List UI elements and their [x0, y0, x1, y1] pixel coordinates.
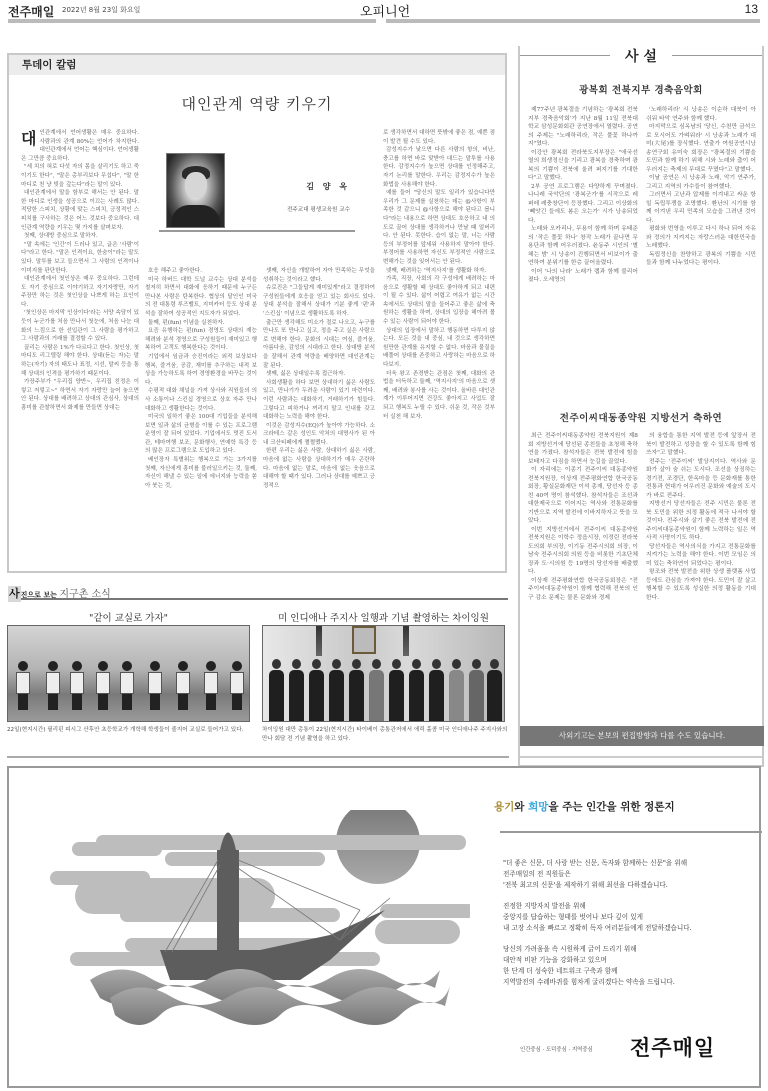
- paragraph: 사회생활을 하다 보면 상대하기 싫은 사람도 있고, 만나기가 두려운 사람이…: [263, 379, 375, 422]
- ad-line: 전주매일의 전 직원들은: [503, 869, 687, 880]
- photo-figure: [289, 659, 304, 721]
- photo-figure: [449, 659, 464, 721]
- paragraph: 지방선거 당선자들은 전주 시민은 물론 전북 도민을 위한 의정 활동에 적극…: [646, 500, 756, 543]
- ad-line: '전북 최고의 신문'을 제작하기 위해 최선을 다하겠습니다.: [503, 880, 687, 891]
- section-title: 오피니언: [360, 1, 410, 20]
- sailing-ship-illustration: [30, 810, 470, 1040]
- paragraph: 로 생각하면서 대하면 뜻밖에 좋은 점, 예쁜 점이 발견 될 수도 있다.: [383, 129, 495, 146]
- photo-figure: [329, 659, 344, 721]
- column-text-col-3: 셋째, 자신을 개발하여 자아 만족하는 무엇을 성취하는 것이라고 했다. 슈…: [263, 267, 375, 490]
- photo-figure: [120, 661, 134, 713]
- slogan-text: 을 주는 인간을 위한 정론지: [548, 801, 674, 813]
- editorial-headline: 전주이씨대동종약원 지방선거 축하연: [520, 410, 762, 424]
- paragraph: 둘째, 펀(fun) 이념을 실천하자.: [145, 319, 257, 328]
- editorial-col-1: 제77주년 광복절을 기념하는 '광복회 전북지부 경축음악회'가 지난 8월 …: [528, 106, 638, 285]
- paragraph: "세 치의 혀로 다섯 자의 몸을 살리기도 하고 죽이기도 한다", "말은 …: [21, 163, 139, 189]
- photo-figure: [70, 661, 84, 713]
- paragraph: 인관계에서 언어생활은 매우 중요하다. 사람과의 관계 80%는 언어가 차지…: [21, 129, 139, 163]
- editorial-label: 사 설: [520, 46, 762, 66]
- paragraph: 대인관계에서 첫인상은 매우 중요하다. 그런데도 자기 중심으로 이야기하고 …: [21, 275, 139, 309]
- author-photo-face: [185, 172, 207, 198]
- author-title: 전주교대 평생교육원 교수: [245, 205, 350, 213]
- ad-paragraph: 당신의 가려움을 속 시원하게 긁어 드리기 위해 대안적 비판 기능을 강화하…: [503, 944, 675, 988]
- photo-figure: [96, 661, 110, 713]
- paragraph: 2부 공연 프로그램은 다양하게 꾸며졌다. 나니레 국악단의 '광복군가'를 …: [528, 183, 638, 226]
- dropcap: 대: [21, 131, 36, 147]
- photo-figure: [204, 661, 218, 713]
- paragraph: 노래와 오카리나, 무용이 함께 하며 유태준의 '작은 풀꽃 하나' 창작 노…: [528, 225, 638, 268]
- photo-figure: [469, 659, 484, 721]
- photo-figure: [309, 659, 324, 721]
- paragraph: 최근 전주이씨대동종약원 전북지원이 제8회 지방선거에 당선된 종친들을 초청…: [528, 432, 638, 466]
- contribution-notice: 사외기고는 본보의 편집방향과 다를 수도 있습니다.: [520, 726, 764, 746]
- header-cap: 사: [8, 586, 21, 602]
- author-photo-suit: [171, 205, 220, 227]
- masthead-rule: [386, 19, 760, 23]
- newspaper-logo: 전주매일: [630, 1032, 715, 1062]
- slogan-text: 와: [514, 801, 528, 813]
- paragraph: 이날 공연은 시 낭송과 노래, 악기 연주가, 그리고 지역의 가수들이 참여…: [646, 174, 756, 191]
- author-name: 김 양 옥: [245, 181, 350, 192]
- issue-date: 2022년 8월 23일 화요일: [62, 5, 140, 15]
- editorial-box: 사 설 광복회 전북지부 경축음악회 제77주년 광복절을 기념하는 '광복회 …: [518, 46, 764, 767]
- column-text-col-1: 대 인관계에서 언어생활은 매우 중요하다. 사람과의 관계 80%는 언어가 …: [21, 129, 139, 413]
- slogan-highlight: 희망: [528, 801, 548, 813]
- paragraph: 기업에서 임금과 승진이라는 외적 보상보다 행복, 즐거움, 공감, 재미를 …: [145, 353, 257, 387]
- slogan-highlight: 용기: [494, 801, 514, 813]
- ad-line: 당신의 가려움을 속 시원하게 긁어 드리기 위해: [503, 944, 675, 955]
- ad-line: 진정한 지방자치 발전을 위해: [503, 901, 692, 912]
- page-number: 13: [745, 2, 758, 16]
- paragraph: 이 자리에는 이종기 전주이씨 대동종약원 전북지원장, 이상재 전주평화연합 …: [528, 466, 638, 526]
- photo-figure: [409, 659, 424, 721]
- header-text: 진으로 보는: [21, 591, 60, 599]
- paragraph: 한편 우리는 싫은 사람, 상대하기 싫은 사람, 마음에 없는 사람을 상대하…: [263, 447, 375, 490]
- ad-line: 지역발전의 수레바퀴를 힘차게 굴리겠다는 약속을 드립니다.: [503, 977, 675, 988]
- paragraph: 당선자들은 역사의식을 가지고 전통문화를 지켜가는 노력을 해야 한다. 이번…: [646, 543, 756, 569]
- paragraph: 셋째, 싫은 상대일수록 접근하자.: [263, 370, 375, 379]
- paragraph: 슈로진은 "그들답게 재미있게"라고 결정하여 구성원들에게 호응을 얻고 있는…: [263, 284, 375, 318]
- editorial-headline: 광복회 전북지부 경축음악회: [520, 82, 762, 96]
- photo-figure: [349, 659, 364, 721]
- photo-caption: 22일(현지시간) 필리핀 피시그 산후안 초등학교가 개학해 학생들이 줄지어…: [7, 726, 250, 735]
- paragraph: '노래하리라' 시 낭송은 이순하 대북이 아쉬워 타악 연주와 함께 했다.: [646, 106, 756, 123]
- paragraph: 베인장자 특별위는 행복으로 가는 3가지를 첫째, 자신에게 흥미를 불러일으…: [145, 456, 257, 490]
- flag: [403, 626, 409, 656]
- photo-figure: [389, 659, 404, 721]
- paragraph: 가장주부가 "우리집 양반~, 우리집 친정은 이렇고 저렇고~" 하면서 자기…: [21, 378, 139, 412]
- photo-title: 미 인디애나 주지사 일행과 기념 촬영하는 차이잉원: [262, 610, 505, 624]
- photo-figure: [429, 659, 444, 721]
- paragraph: 미국의 일하기 좋은 100대 기업들을 분석해 보면 일과 삶의 균형을 이룰…: [145, 413, 257, 456]
- paragraph: 마지막으로 심옥남의 '당신, 수천만 금석으로 모시어도 가벼워라' 시 낭송…: [646, 123, 756, 174]
- paragraph: 상대의 입장에서 말하고 행동하면 다투지 않는다. 모든 것을 내 중심, 내…: [383, 327, 495, 370]
- divider: [159, 230, 355, 232]
- ad-line: 중앙지를 답습하는 형태를 벗어나 보다 깊이 있게: [503, 912, 692, 923]
- paragraph: 이것은 감성지수(EQ)가 높아야 가능하다. 소크라테스 같은 성인도 악처의…: [263, 422, 375, 448]
- column-title: 대인관계 역량 키우기: [9, 93, 505, 114]
- paragraph: "말 속에는 '인간'이 드러나 있고, 글은 '사람'이다"라고 한다. "말…: [21, 241, 139, 275]
- header-text: 지구촌 소식: [59, 589, 110, 600]
- paragraph: 예를 들어 "당신의 말도 일리가 있습니다만 우리가 그 문제를 실천하는 데…: [383, 189, 495, 266]
- news-photo-students: [7, 625, 250, 722]
- paragraph: 이강안 광복회 전라북도지부장은 "애국선열의 희생정신을 기리고 광복을 경축…: [528, 149, 638, 183]
- masthead-rule: [8, 19, 376, 23]
- photo-figure: [230, 661, 244, 713]
- editorial-col-2: '노래하리라' 시 낭송은 이순하 대북이 아쉬워 타악 연주와 함께 했다. …: [646, 106, 756, 268]
- paragraph: '첫인상은 마지막 인상이다'라는 서양 속담이 있듯이 누군가를 처음 만나서…: [21, 309, 139, 343]
- divider: [500, 831, 762, 833]
- ad-line: 한 단계 더 성숙한 네트워크 구축과 함께: [503, 966, 675, 977]
- today-column: 투데이 칼럼 대인관계 역량 키우기 대 인관계에서 언어생활은 매우 중요하다…: [7, 53, 507, 573]
- paragraph: 첫째, 상대방 중심으로 말하자.: [21, 232, 139, 241]
- paragraph: 넷째, 배려하는 '역지사지'를 생활화 하자.: [383, 267, 495, 276]
- paragraph: 호응 해주고 좋아한다.: [145, 267, 257, 276]
- paragraph: 요즘 유행하는 펀(fun) 경영도 상대의 재능 해려와 분석 경영으로 구성…: [145, 327, 257, 353]
- paragraph: 끌리는 사람은 1%가 다르다고 한다. 첫인상, 첫 마디도 리그델링 해야 …: [21, 344, 139, 378]
- ad-line: "더 좋은 신문, 더 사랑 받는 신문, 독자와 함께하는 신문"을 위해: [503, 858, 687, 869]
- paragraph: 더욱 왕고 존경받는 관점은 첫째, 대화의 관법을 터득하고 둘째, '역지사…: [383, 370, 495, 422]
- paragraph: 독립정신을 찬양하고 광복의 기쁨을 시민들과 함께 나누었다는 평이다.: [646, 251, 756, 268]
- paragraph: 평화와 번영을 이루고 다시 하나 되어 자유와 정의가 지켜지는 자랑스러운 …: [646, 225, 756, 251]
- paragraph: 이번 지방선거에서 전주이씨 대동종약원 전북지원은 이학수 정읍시장, 이정린…: [528, 526, 638, 577]
- ad-slogan: 용기와 희망을 주는 인간을 위한 정론지: [494, 799, 675, 814]
- editorial-col-2: 의 융합을 통한 지역 발전 등에 앞장서 전북이 발전하고 성장을 할 수 있…: [646, 432, 756, 602]
- ad-paragraph: 진정한 지방자치 발전을 위해 중앙지를 답습하는 형태를 벗어나 보다 깊이 …: [503, 901, 692, 934]
- paragraph: 가족, 직장, 사회의 각 구성에게 배려하는 마음으로 생활할 때 상대도 좋…: [383, 275, 495, 327]
- newspaper-brand: 전주매일: [8, 3, 54, 20]
- column-header: 투데이 칼럼: [9, 55, 505, 75]
- paragraph: 왕조와 전북 발전을 위한 상생 플랫폼 사업 등에도 관심을 가져야 한다. …: [646, 568, 756, 602]
- paragraph: 그러면서 고난과 압제를 이겨내고 싸운 항일 독립투쟁을 조명했다. 환난의 …: [646, 191, 756, 225]
- paragraph: 제77주년 광복절을 기념하는 '광복회 전북지부 경축음악회'가 지난 8월 …: [528, 106, 638, 149]
- paragraph: 출근만 생각해도 미소가 절로 나오고, 누구를 만나도 또 만나고 싶고, 정…: [263, 319, 375, 371]
- paragraph: 미국 하버드 대학 도널 교수는 상대 분석을 철저히 하면서 대화에 응하기 …: [145, 276, 257, 319]
- flag: [316, 626, 322, 656]
- column-text-col-4: 로 생각하면서 대하면 뜻밖에 좋은 점, 예쁜 점이 발견 될 수도 있다. …: [383, 129, 495, 421]
- paragraph: 감성지수가 낮으면 다른 사람의 항의, 비난, 충고를 하면 바로 맞받아 대…: [383, 146, 495, 189]
- ad-line: 대안적 비판 기능을 강화하고 있으며: [503, 955, 675, 966]
- divider: [518, 756, 764, 758]
- paragraph: 대인관계에서 말을 함부로 해서는 안 된다. 말 한 마디로 인생을 성공으로…: [21, 189, 139, 232]
- author-photo: [166, 153, 225, 228]
- world-news-header: 사진으로 보는 지구촌 소식: [8, 582, 508, 600]
- photo-figure: [148, 661, 162, 713]
- column-text-col-2: 호응 해주고 좋아한다. 미국 하버드 대학 도널 교수는 상대 분석을 철저히…: [145, 267, 257, 490]
- portrait-frame: [352, 626, 376, 654]
- ad-line: 내 고장 소식을 빠르고 정확히 독자 여러분들에게 전달하겠습니다.: [503, 923, 692, 934]
- ad-paragraph: "더 좋은 신문, 더 사랑 받는 신문, 독자와 함께하는 신문"을 위해 전…: [503, 858, 687, 891]
- photo-title: "같이 교실로 가자": [7, 610, 250, 624]
- photo-figure: [487, 659, 502, 721]
- paragraph: 이상재 전주평화연합 한국공동회장은 "전주이씨대동종약원이 함께 협력해 전북…: [528, 577, 638, 603]
- paragraph: 수평적 대화 채널을 가져 상사와 직원들의 의사 소통이나 스킨십 경영으로 …: [145, 387, 257, 413]
- divider: [7, 756, 509, 758]
- photo-figure: [46, 661, 60, 713]
- photo-figure: [369, 659, 384, 721]
- photo-figure: [16, 661, 30, 713]
- paragraph: 셋째, 자신을 개발하여 자아 만족하는 무엇을 성취하는 것이라고 했다.: [263, 267, 375, 284]
- photo-figure: [269, 659, 284, 721]
- photo-figure: [176, 661, 190, 713]
- paragraph: 의 융합을 통한 지역 발전 등에 앞장서 전북이 발전하고 성장을 할 수 있…: [646, 432, 756, 458]
- ad-motto: 인간중심 · 도덕중심 · 지역중심: [520, 1045, 593, 1053]
- photo-caption: 차이잉원 대만 총통이 22일(현지시간) 타이베이 총통관저에서 에릭 홀콤 …: [262, 726, 508, 744]
- paragraph: 이어 '나의 나라' 노래가 랩과 함께 불리어졌다. 오세영의: [528, 268, 638, 285]
- editorial-col-1: 최근 전주이씨대동종약원 전북지원이 제8회 지방선거에 당선된 종친들을 초청…: [528, 432, 638, 602]
- news-photo-delegation: [262, 625, 505, 722]
- paragraph: 전주는 '전주이씨' 발상지이다. 역사와 문화가 살아 숨 쉬는 도시다. 조…: [646, 458, 756, 501]
